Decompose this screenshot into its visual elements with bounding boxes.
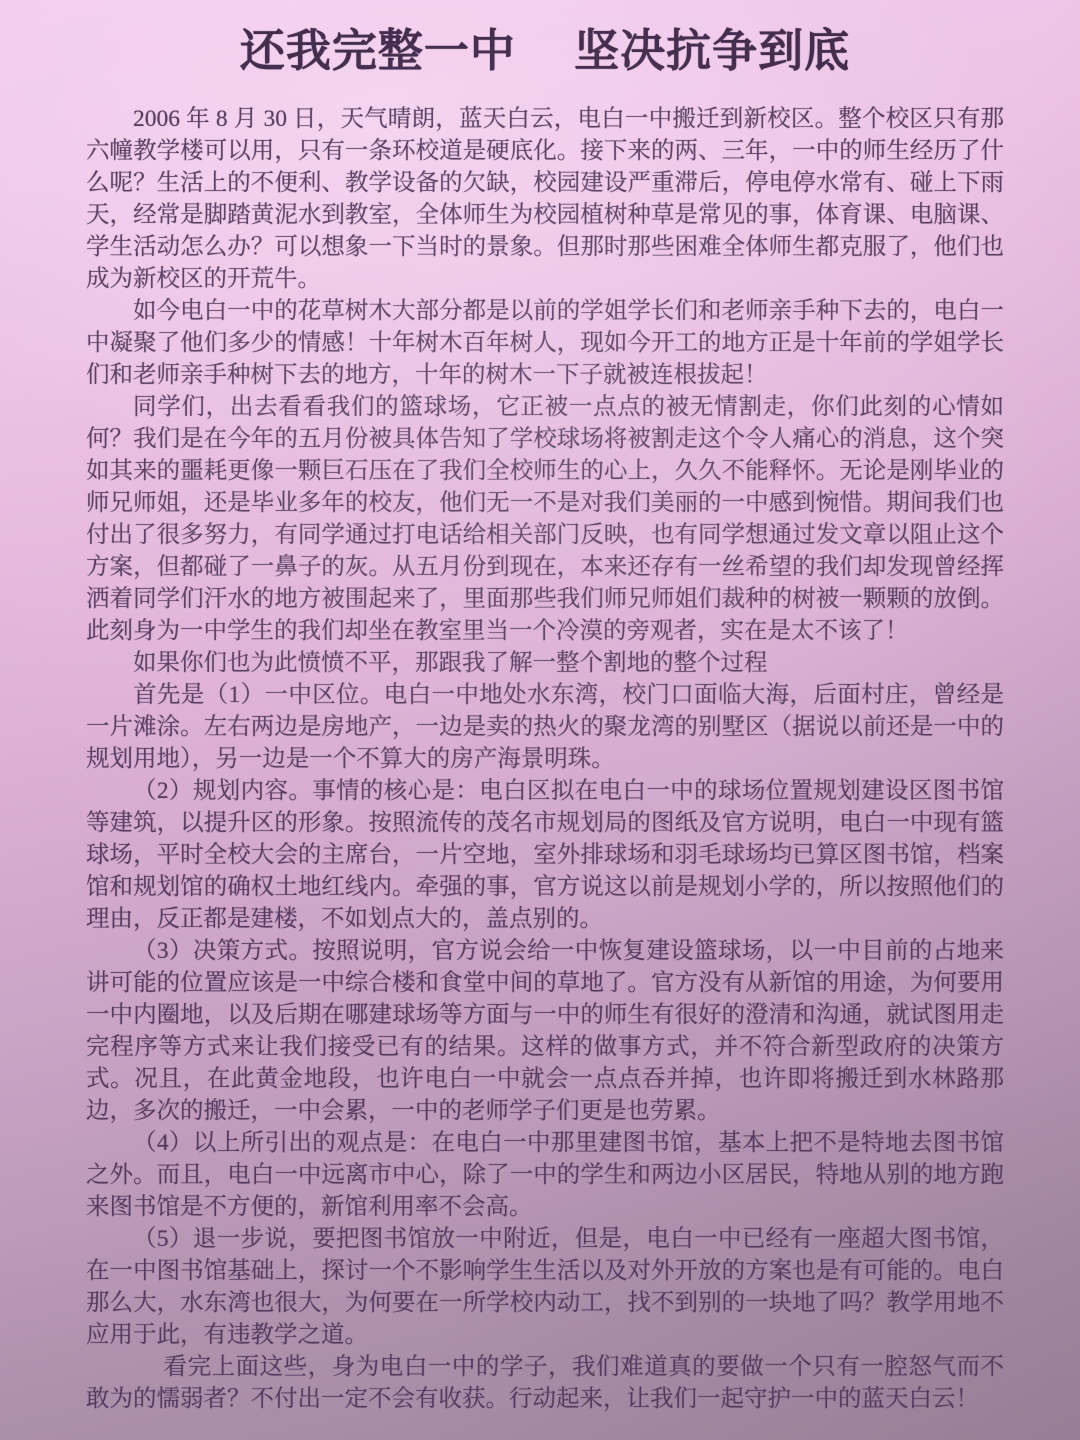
paragraph-closing-call-to-action: 看完上面这些，身为电白一中的学子，我们难道真的要做一个只有一腔怒气而不敢为的懦弱… (86, 1351, 1004, 1415)
paragraph-basketball-court: 同学们，出去看看我们的篮球场，它正被一点点的被无情割走，你们此刻的心情如何？我们… (86, 391, 1004, 647)
paragraph-transition: 如果你们也为此愤愤不平，那跟我了解一整个割地的整个过程 (86, 647, 1004, 679)
document-title: 还我完整一中 坚决抗争到底 (86, 14, 1004, 79)
photographed-document-page: 还我完整一中 坚决抗争到底 2006 年 8 月 30 日，天气晴朗，蓝天白云，… (0, 0, 1080, 1440)
paragraph-point-1-location: 首先是（1）一中区位。电白一中地处水东湾，校门口面临大海，后面村庄，曾经是一片滩… (86, 679, 1004, 775)
paragraph-intro-2006: 2006 年 8 月 30 日，天气晴朗，蓝天白云，电白一中搬迁到新校区。整个校… (86, 103, 1004, 295)
paragraph-trees-planted: 如今电白一中的花草树木大部分都是以前的学姐学长们和老师亲手种下去的，电白一中凝聚… (86, 295, 1004, 391)
paragraph-point-4-viewpoint: （4）以上所引出的观点是：在电白一中那里建图书馆，基本上把不是特地去图书馆之外。… (86, 1127, 1004, 1223)
paragraph-point-5-alternative: （5）退一步说，要把图书馆放一中附近，但是，电白一中已经有一座超大图书馆，在一中… (86, 1223, 1004, 1351)
paragraph-point-2-planning: （2）规划内容。事情的核心是：电白区拟在电白一中的球场位置规划建设区图书馆等建筑… (86, 775, 1004, 935)
document-body: 2006 年 8 月 30 日，天气晴朗，蓝天白云，电白一中搬迁到新校区。整个校… (86, 103, 1004, 1415)
paragraph-point-3-decision: （3）决策方式。按照说明，官方说会给一中恢复建设篮球场，以一中目前的占地来讲可能… (86, 935, 1004, 1127)
